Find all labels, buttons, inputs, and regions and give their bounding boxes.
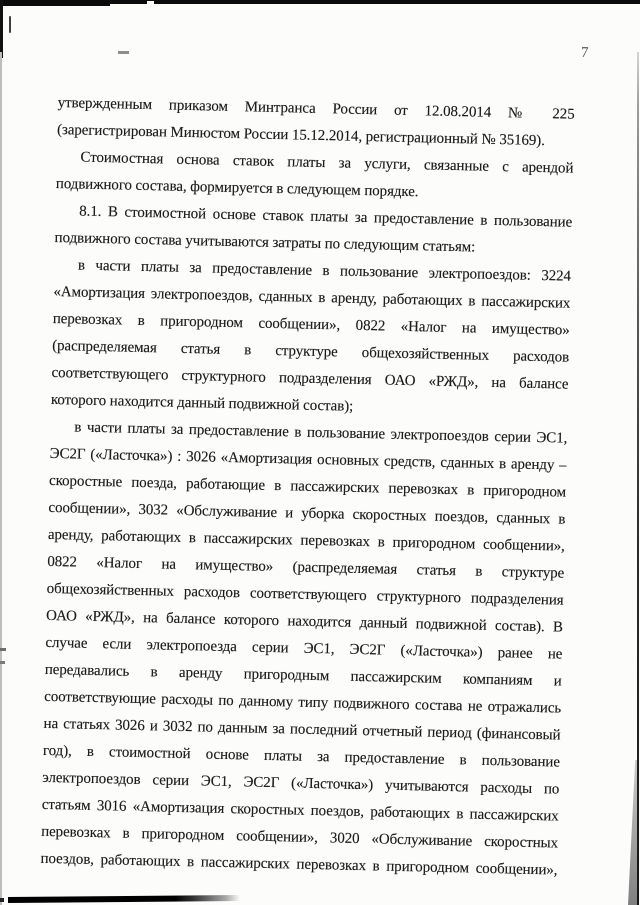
scan-edge-top-bar <box>0 0 640 4</box>
scan-mark-left-tick <box>9 16 11 33</box>
scan-edge-bottom-bar <box>8 895 240 903</box>
document-text: утвержденным приказом Минтранса России о… <box>40 90 575 885</box>
scan-edge-top-bar-left <box>0 0 110 6</box>
scan-mark-bottom-dot <box>0 898 4 902</box>
paragraph: в части платы за предоставление в пользо… <box>51 252 572 426</box>
paragraph: в части платы за предоставление в пользо… <box>40 414 567 885</box>
scan-edge-top-notch <box>147 1 154 5</box>
scan-edge-right-line <box>637 52 640 905</box>
page-number: 7 <box>581 45 589 62</box>
scan-mark-top-dash <box>118 51 129 54</box>
scan-edge-left-line <box>0 52 2 905</box>
scan-mark-left-dash <box>0 661 5 664</box>
scan-edge-right-wedge <box>628 760 637 905</box>
scan-mark-left-dash <box>0 648 6 651</box>
scan-edge-left-strip <box>0 0 3 58</box>
